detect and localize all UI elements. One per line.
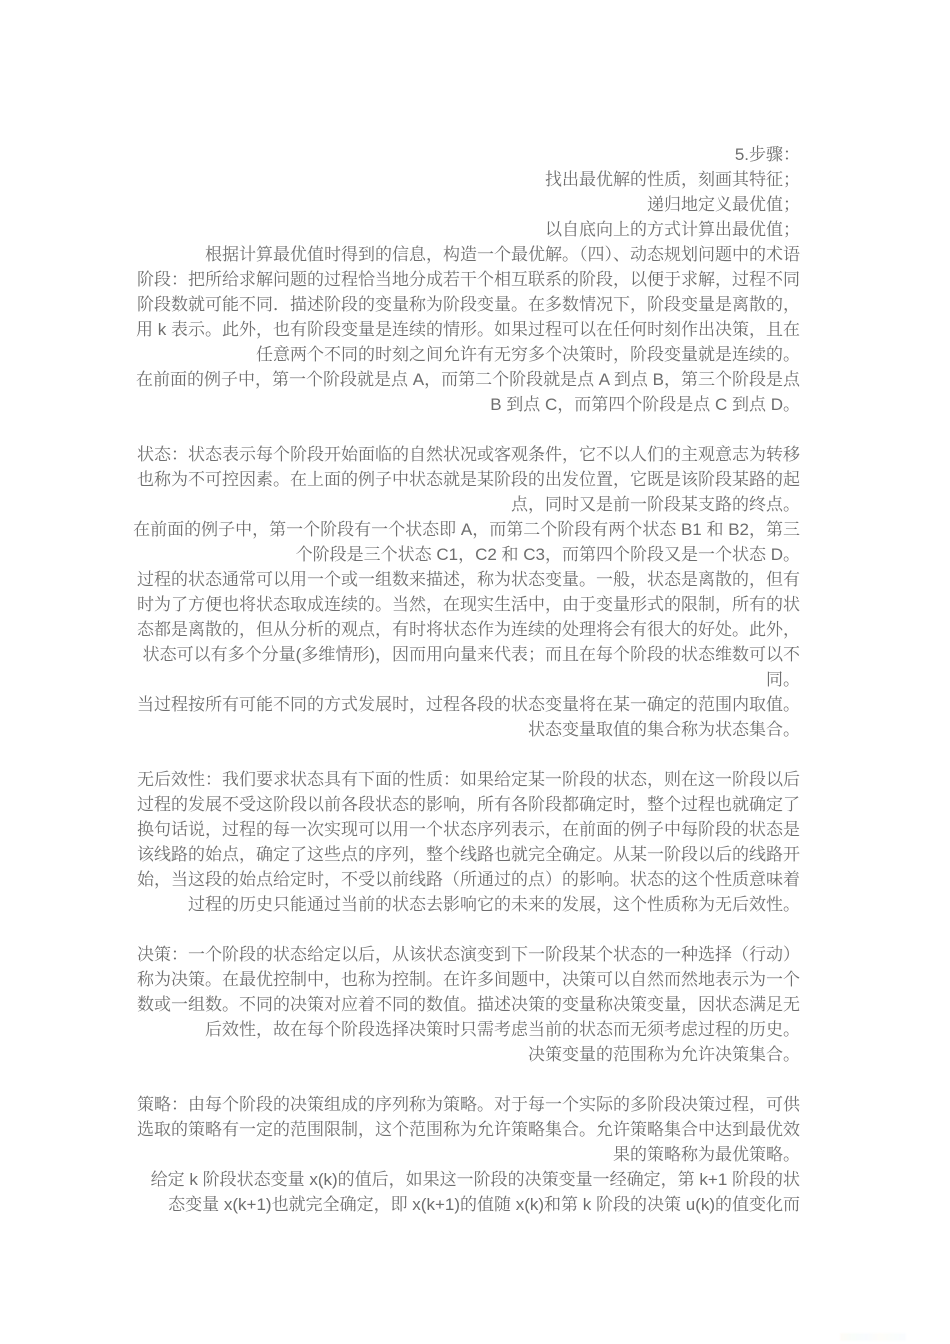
text-line: 后效性，故在每个阶段选择决策时只需考虑当前的状态而无须考虑过程的历史。 bbox=[118, 1017, 800, 1042]
text-line: 点，同时又是前一阶段某支路的终点。 bbox=[118, 492, 800, 517]
text-line: 在前面的例子中，第一个阶段就是点 A，而第二个阶段就是点 A 到点 B，第三个阶… bbox=[118, 367, 800, 392]
text-line: 用 k 表示。此外，也有阶段变量是连续的情形。如果过程可以在任何时刻作出决策，且… bbox=[118, 317, 800, 342]
text-line: 以自底向上的方式计算出最优值； bbox=[118, 217, 800, 242]
text-line: 选取的策略有一定的范围限制，这个范围称为允许策略集合。允许策略集合中达到最优效 bbox=[118, 1117, 800, 1142]
section-state: 状态：状态表示每个阶段开始面临的自然状况或客观条件，它不以人们的主观意志为转移也… bbox=[118, 442, 800, 742]
text-line: 该线路的始点，确定了这些点的序列，整个线路也就完全确定。从某一阶段以后的线路开 bbox=[118, 842, 800, 867]
text-line: 阶段数就可能不同．描述阶段的变量称为阶段变量。在多数情况下，阶段变量是离散的， bbox=[118, 292, 800, 317]
text-line: 5.步骤： bbox=[118, 142, 800, 167]
text-line: 任意两个不同的时刻之间允许有无穷多个决策时，阶段变量就是连续的。 bbox=[118, 342, 800, 367]
text-line: B 到点 C，而第四个阶段是点 C 到点 D。 bbox=[118, 392, 800, 417]
section-decision: 决策：一个阶段的状态给定以后，从该状态演变到下一阶段某个状态的一种选择（行动）称… bbox=[118, 942, 800, 1067]
text-line: 决策变量的范围称为允许决策集合。 bbox=[118, 1042, 800, 1067]
section-no-aftereffect: 无后效性：我们要求状态具有下面的性质：如果给定某一阶段的状态，则在这一阶段以后过… bbox=[118, 767, 800, 917]
document-text-block: 5.步骤：找出最优解的性质，刻画其特征；递归地定义最优值；以自底向上的方式计算出… bbox=[118, 142, 800, 1217]
document-page: 5.步骤：找出最优解的性质，刻画其特征；递归地定义最优值；以自底向上的方式计算出… bbox=[0, 0, 950, 1344]
text-line: 态变量 x(k+1)也就完全确定，即 x(k+1)的值随 x(k)和第 k 阶段… bbox=[118, 1192, 800, 1217]
text-line: 称为决策。在最优控制中，也称为控制。在许多间题中，决策可以自然而然地表示为一个 bbox=[118, 967, 800, 992]
text-line: 态都是离散的，但从分析的观点，有时将状态作为连续的处理将会有很大的好处。此外， bbox=[118, 617, 800, 642]
text-line: 始，当这段的始点给定时，不受以前线路（所通过的点）的影响。状态的这个性质意味着 bbox=[118, 867, 800, 892]
text-line: 同。 bbox=[118, 667, 800, 692]
text-line: 个阶段是三个状态 C1，C2 和 C3，而第四个阶段又是一个状态 D。 bbox=[118, 542, 800, 567]
text-line: 找出最优解的性质，刻画其特征； bbox=[118, 167, 800, 192]
text-line: 当过程按所有可能不同的方式发展时，过程各段的状态变量将在某一确定的范围内取值。 bbox=[118, 692, 800, 717]
text-line: 果的策略称为最优策略。 bbox=[118, 1142, 800, 1167]
text-line: 给定 k 阶段状态变量 x(k)的值后，如果这一阶段的决策变量一经确定，第 k+… bbox=[118, 1167, 800, 1192]
text-line: 时为了方便也将状态取成连续的。当然，在现实生活中，由于变量形式的限制，所有的状 bbox=[118, 592, 800, 617]
section-steps-and-stage: 5.步骤：找出最优解的性质，刻画其特征；递归地定义最优值；以自底向上的方式计算出… bbox=[118, 142, 800, 417]
text-line: 数或一组数。不同的决策对应着不同的数值。描述决策的变量称决策变量，因状态满足无 bbox=[118, 992, 800, 1017]
text-line: 状态可以有多个分量(多维情形)，因而用向量来代表；而且在每个阶段的状态维数可以不 bbox=[118, 642, 800, 667]
text-line: 也称为不可控因素。在上面的例子中状态就是某阶段的出发位置，它既是该阶段某路的起 bbox=[118, 467, 800, 492]
text-line: 过程的发展不受这阶段以前各段状态的影响，所有各阶段都确定时，整个过程也就确定了 bbox=[118, 792, 800, 817]
text-line: 策略：由每个阶段的决策组成的序列称为策略。对于每一个实际的多阶段决策过程，可供 bbox=[118, 1092, 800, 1117]
text-line: 阶段：把所给求解问题的过程恰当地分成若干个相互联系的阶段，以便于求解，过程不同 bbox=[118, 267, 800, 292]
text-line: 决策：一个阶段的状态给定以后，从该状态演变到下一阶段某个状态的一种选择（行动） bbox=[118, 942, 800, 967]
text-line: 过程的历史只能通过当前的状态去影响它的未来的发展，这个性质称为无后效性。 bbox=[118, 892, 800, 917]
text-line: 换句话说，过程的每一次实现可以用一个状态序列表示，在前面的例子中每阶段的状态是 bbox=[118, 817, 800, 842]
section-policy: 策略：由每个阶段的决策组成的序列称为策略。对于每一个实际的多阶段决策过程，可供选… bbox=[118, 1092, 800, 1217]
text-line: 过程的状态通常可以用一个或一组数来描述，称为状态变量。一般，状态是离散的，但有 bbox=[118, 567, 800, 592]
text-line: 无后效性：我们要求状态具有下面的性质：如果给定某一阶段的状态，则在这一阶段以后 bbox=[118, 767, 800, 792]
text-line: 递归地定义最优值； bbox=[118, 192, 800, 217]
text-line: 在前面的例子中，第一个阶段有一个状态即 A，而第二个阶段有两个状态 B1 和 B… bbox=[118, 517, 800, 542]
text-line: 根据计算最优值时得到的信息，构造一个最优解。（四）、动态规划问题中的术语 bbox=[118, 242, 800, 267]
watermark bbox=[840, 1333, 906, 1341]
text-line: 状态：状态表示每个阶段开始面临的自然状况或客观条件，它不以人们的主观意志为转移 bbox=[118, 442, 800, 467]
text-line: 状态变量取值的集合称为状态集合。 bbox=[118, 717, 800, 742]
